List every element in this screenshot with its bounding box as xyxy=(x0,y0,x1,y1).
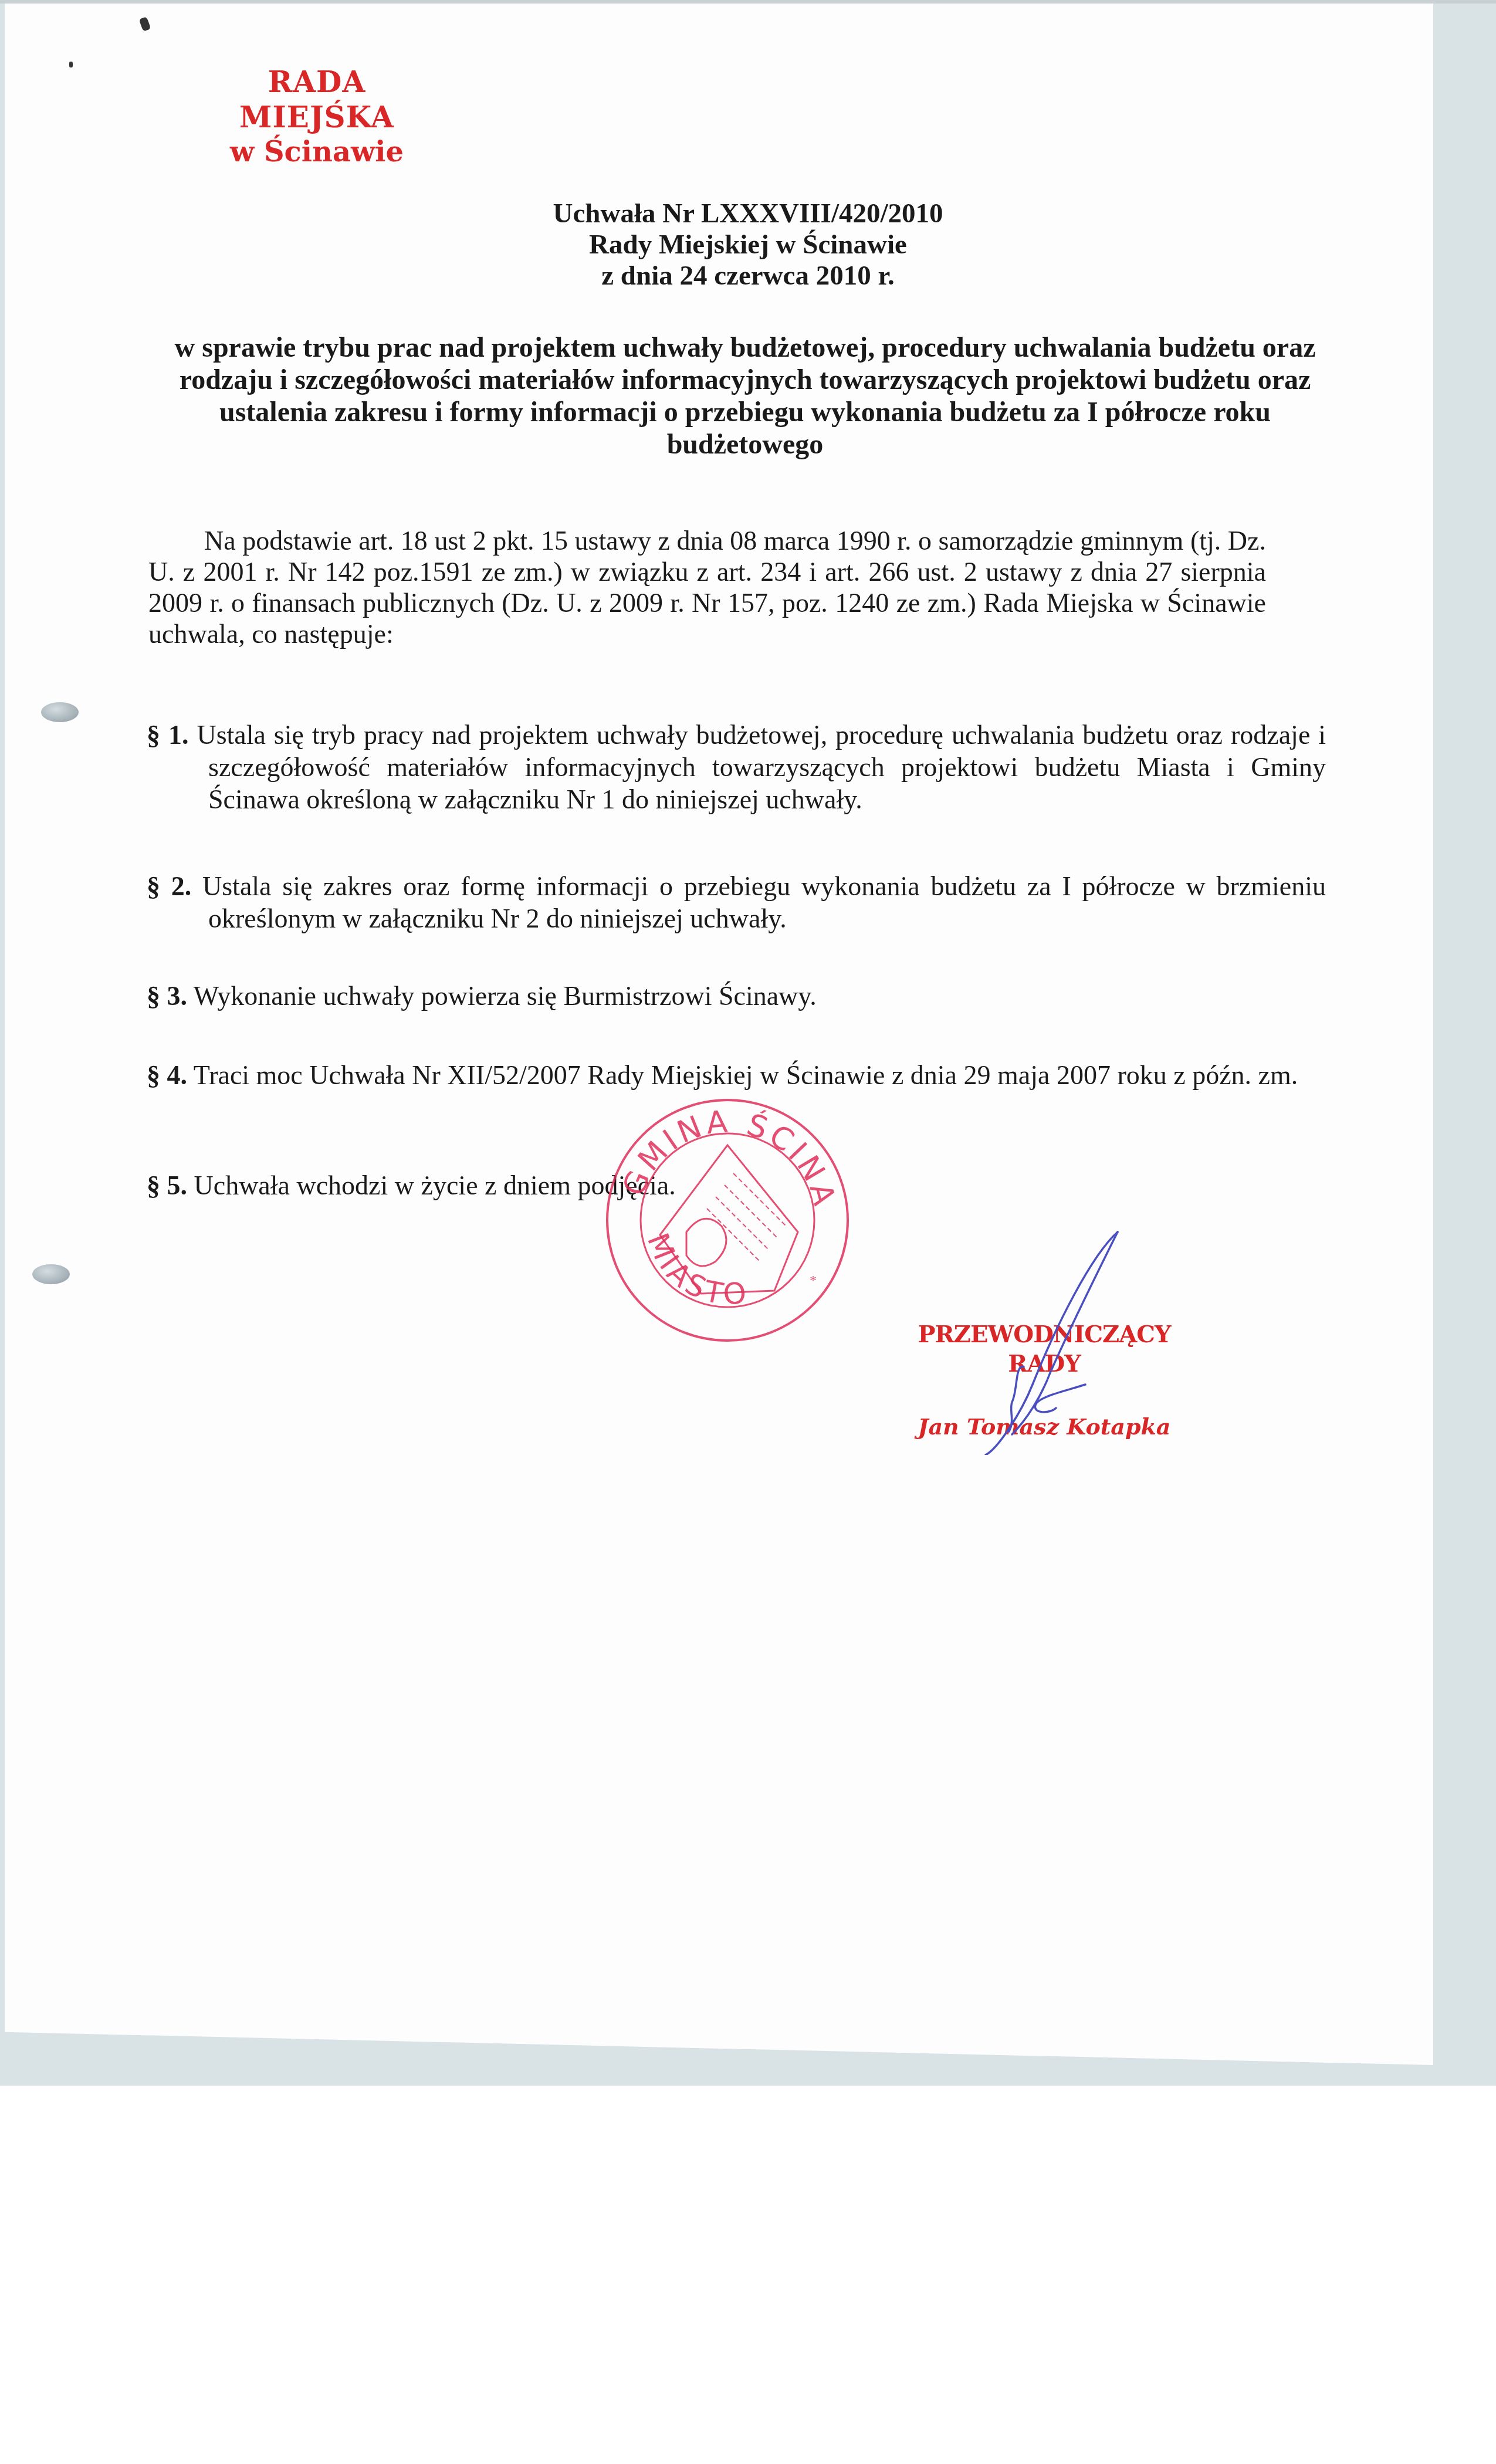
paragraph-3: § 3. Wykonanie uchwały powierza się Burm… xyxy=(147,980,1326,1012)
scan-speck xyxy=(69,62,73,67)
handwritten-signature-icon xyxy=(915,1220,1173,1455)
municipal-seal-icon: GMINA ŚCINAWA MIASTO I * xyxy=(598,1091,857,1349)
paragraph-number: § 5. xyxy=(147,1170,187,1200)
seal-text-top: GMINA ŚCINAWA xyxy=(598,1091,842,1211)
resolution-date: z dnia 24 czerwca 2010 r. xyxy=(0,260,1496,292)
stamp-line-2: w Ścinawie xyxy=(194,135,440,169)
scan-edge xyxy=(0,0,1496,4)
legal-basis-preamble: Na podstawie art. 18 ust 2 pkt. 15 ustaw… xyxy=(148,525,1266,649)
punch-hole-icon xyxy=(41,702,79,722)
paragraph-text: Wykonanie uchwały powierza się Burmistrz… xyxy=(194,981,817,1011)
council-header-stamp: RADA MIEJŚKA w Ścinawie xyxy=(194,65,440,169)
paragraph-number: § 1. xyxy=(147,720,188,750)
paragraph-text: Traci moc Uchwała Nr XII/52/2007 Rady Mi… xyxy=(194,1060,1298,1090)
issuing-body: Rady Miejskiej w Ścinawie xyxy=(0,229,1496,260)
stamp-line-1: RADA MIEJŚKA xyxy=(194,65,440,135)
resolution-title: Uchwała Nr LXXXVIII/420/2010 Rady Miejsk… xyxy=(0,198,1496,292)
resolution-subject: w sprawie trybu prac nad projektem uchwa… xyxy=(153,331,1338,461)
paragraph-4: § 4. Traci moc Uchwała Nr XII/52/2007 Ra… xyxy=(147,1059,1326,1091)
paper-sheet xyxy=(5,0,1433,2065)
paragraph-text: Ustala się zakres oraz formę informacji … xyxy=(202,871,1326,933)
paragraph-text: Ustala się tryb pracy nad projektem uchw… xyxy=(197,720,1326,814)
punch-hole-icon xyxy=(32,1264,70,1284)
paragraph-number: § 4. xyxy=(147,1060,187,1090)
svg-text:*: * xyxy=(810,1273,817,1288)
paragraph-number: § 3. xyxy=(147,981,187,1011)
paragraph-1: § 1. Ustala się tryb pracy nad projektem… xyxy=(147,719,1326,815)
paragraph-number: § 2. xyxy=(147,871,191,901)
resolution-number: Uchwała Nr LXXXVIII/420/2010 xyxy=(0,198,1496,229)
paragraph-2: § 2. Ustala się zakres oraz formę inform… xyxy=(147,870,1326,935)
scanned-page-background xyxy=(0,0,1496,2086)
